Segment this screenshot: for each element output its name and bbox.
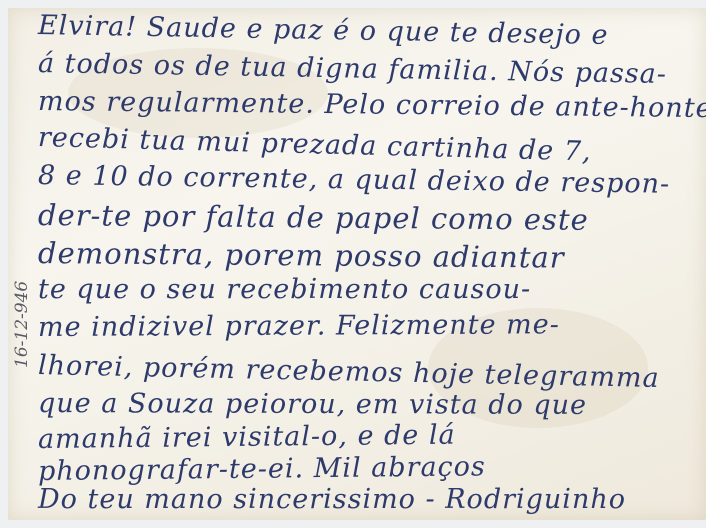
- letter-signature-line: Do teu mano sincerissimo - Rodriguinho: [38, 484, 626, 515]
- letter-line-1: Elvira! Saude e paz é o que te desejo e: [38, 10, 609, 51]
- margin-date-note: 16-12-946: [12, 281, 32, 368]
- letter-line-7: demonstra, porem posso adiantar: [38, 236, 565, 275]
- letter-line-12: amanhã irei visital-o, e de lá: [38, 420, 456, 455]
- letter-line-8: te que o seu recebimento causou-: [38, 274, 531, 305]
- letter-line-9: me indizivel prazer. Felizmente me-: [38, 309, 560, 343]
- letter-line-11: que a Souza peiorou, em vista do que: [38, 388, 587, 421]
- postcard: 16-12-946 Elvira! Saude e paz é o que te…: [8, 8, 706, 520]
- letter-line-6: der-te por falta de papel como este: [38, 198, 589, 237]
- letter-line-13: phonografar-te-ei. Mil abraços: [38, 451, 486, 487]
